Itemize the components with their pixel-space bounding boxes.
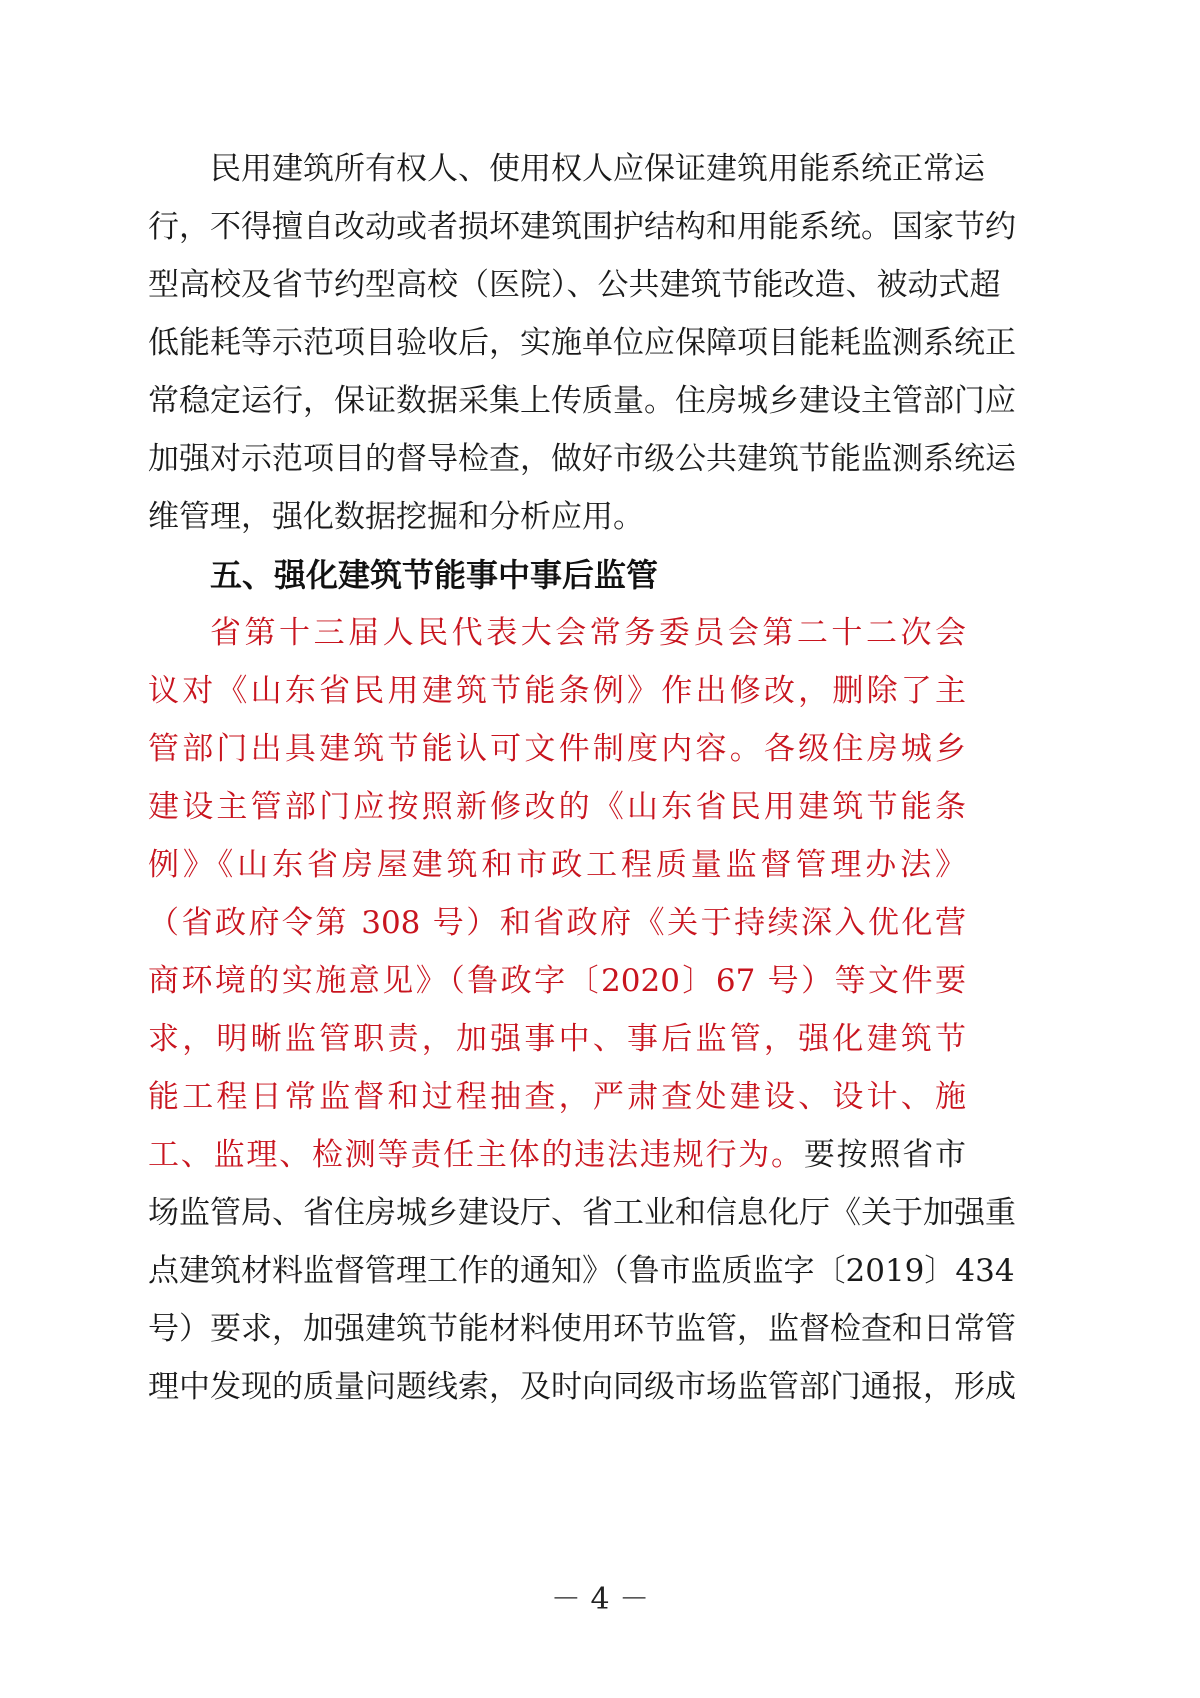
paragraph-line: 维管理，强化数据挖掘和分析应用。: [148, 488, 966, 546]
page-number: － 4 －: [0, 1574, 1200, 1618]
paragraph-line: 点建筑材料监督管理工作的通知》（鲁市监质监字〔2019〕434: [148, 1242, 966, 1300]
paragraph-line: 民用建筑所有权人、使用权人应保证建筑用能系统正常运: [210, 140, 966, 198]
paragraph-line: 理中发现的质量问题线索，及时向同级市场监管部门通报，形成: [148, 1358, 966, 1416]
paragraph-line: 低能耗等示范项目验收后，实施单位应保障项目能耗监测系统正: [148, 314, 966, 372]
paragraph-line-highlighted: 管部门出具建筑节能认可文件制度内容。各级住房城乡: [148, 720, 966, 778]
paragraph-line: 常稳定运行，保证数据采集上传质量。住房城乡建设主管部门应: [148, 372, 966, 430]
paragraph-line: 号）要求，加强建筑节能材料使用环节监管，监督检查和日常管: [148, 1300, 966, 1358]
normal-text: 要按照省市: [804, 1137, 966, 1173]
paragraph-line-highlighted: 例》《山东省房屋建筑和市政工程质量监督管理办法》: [148, 836, 966, 894]
paragraph-line-mixed: 工、监理、检测等责任主体的违法违规行为。要按照省市: [148, 1126, 966, 1184]
paragraph-line-highlighted: 商环境的实施意见》（鲁政字〔2020〕67 号）等文件要: [148, 952, 966, 1010]
paragraph-line-highlighted: 省第十三届人民代表大会常务委员会第二十二次会: [210, 604, 966, 662]
paragraph-line: 行，不得擅自改动或者损坏建筑围护结构和用能系统。国家节约: [148, 198, 966, 256]
paragraph-line: 型高校及省节约型高校（医院）、公共建筑节能改造、被动式超: [148, 256, 966, 314]
paragraph-line-highlighted: 能工程日常监督和过程抽查，严肃查处建设、设计、施: [148, 1068, 966, 1126]
paragraph-line: 场监管局、省住房城乡建设厅、省工业和信息化厅《关于加强重: [148, 1184, 966, 1242]
paragraph-line-highlighted: 求，明晰监管职责，加强事中、事后监管，强化建筑节: [148, 1010, 966, 1068]
highlighted-text: 工、监理、检测等责任主体的违法违规行为。: [148, 1137, 804, 1173]
paragraph-line-highlighted: （省政府令第 308 号）和省政府《关于持续深入优化营: [148, 894, 966, 952]
section-heading: 五、强化建筑节能事中事后监管: [210, 546, 658, 604]
paragraph-line: 加强对示范项目的督导检查，做好市级公共建筑节能监测系统运: [148, 430, 966, 488]
paragraph-line-highlighted: 建设主管部门应按照新修改的《山东省民用建筑节能条: [148, 778, 966, 836]
document-page: 民用建筑所有权人、使用权人应保证建筑用能系统正常运 行，不得擅自改动或者损坏建筑…: [0, 0, 1200, 1698]
paragraph-line-highlighted: 议对《山东省民用建筑节能条例》作出修改，删除了主: [148, 662, 966, 720]
